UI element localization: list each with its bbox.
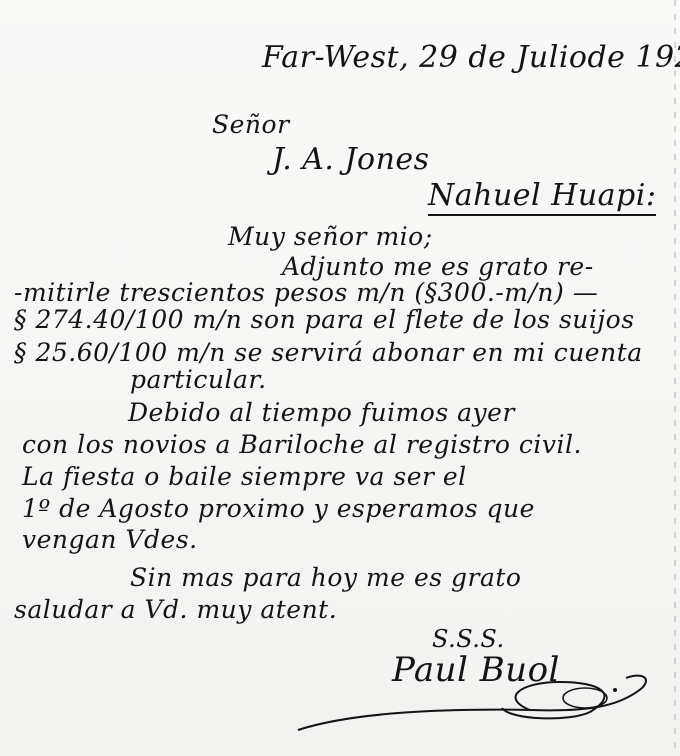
- body-line: saludar a Vd. muy atent.: [14, 595, 337, 624]
- letter-page: Far-West, 29 de Juliode 1922. Señor J. A…: [0, 0, 680, 756]
- place-date: Far-West, 29 de Juliode 1922.: [262, 40, 680, 75]
- body-line: -mitirle trescientos pesos m/n (§300.-m/…: [14, 278, 598, 307]
- closing-abbreviation: S.S.S.: [432, 625, 505, 653]
- paper-edge: [674, 0, 676, 756]
- body-line: vengan Vdes.: [22, 525, 198, 554]
- body-line: La fiesta o baile siempre va ser el: [22, 462, 467, 491]
- body-line: Adjunto me es grato re-: [282, 252, 594, 281]
- body-line: Sin mas para hoy me es grato: [130, 563, 521, 592]
- body-line: Debido al tiempo fuimos ayer: [128, 398, 515, 427]
- salutation-title: Señor: [212, 110, 290, 139]
- body-line: particular.: [130, 365, 267, 394]
- body-line: § 25.60/100 m/n se servirá abonar en mi …: [14, 338, 643, 367]
- addressee-name: J. A. Jones: [272, 142, 430, 177]
- body-line: 1º de Agosto proximo y esperamos que: [22, 494, 535, 523]
- signature-flourish-icon: [290, 668, 670, 748]
- greeting: Muy señor mio;: [228, 222, 433, 251]
- body-line: § 274.40/100 m/n son para el flete de lo…: [14, 305, 635, 334]
- addressee-location: Nahuel Huapi:: [428, 178, 656, 216]
- body-line: con los novios a Bariloche al registro c…: [22, 430, 582, 459]
